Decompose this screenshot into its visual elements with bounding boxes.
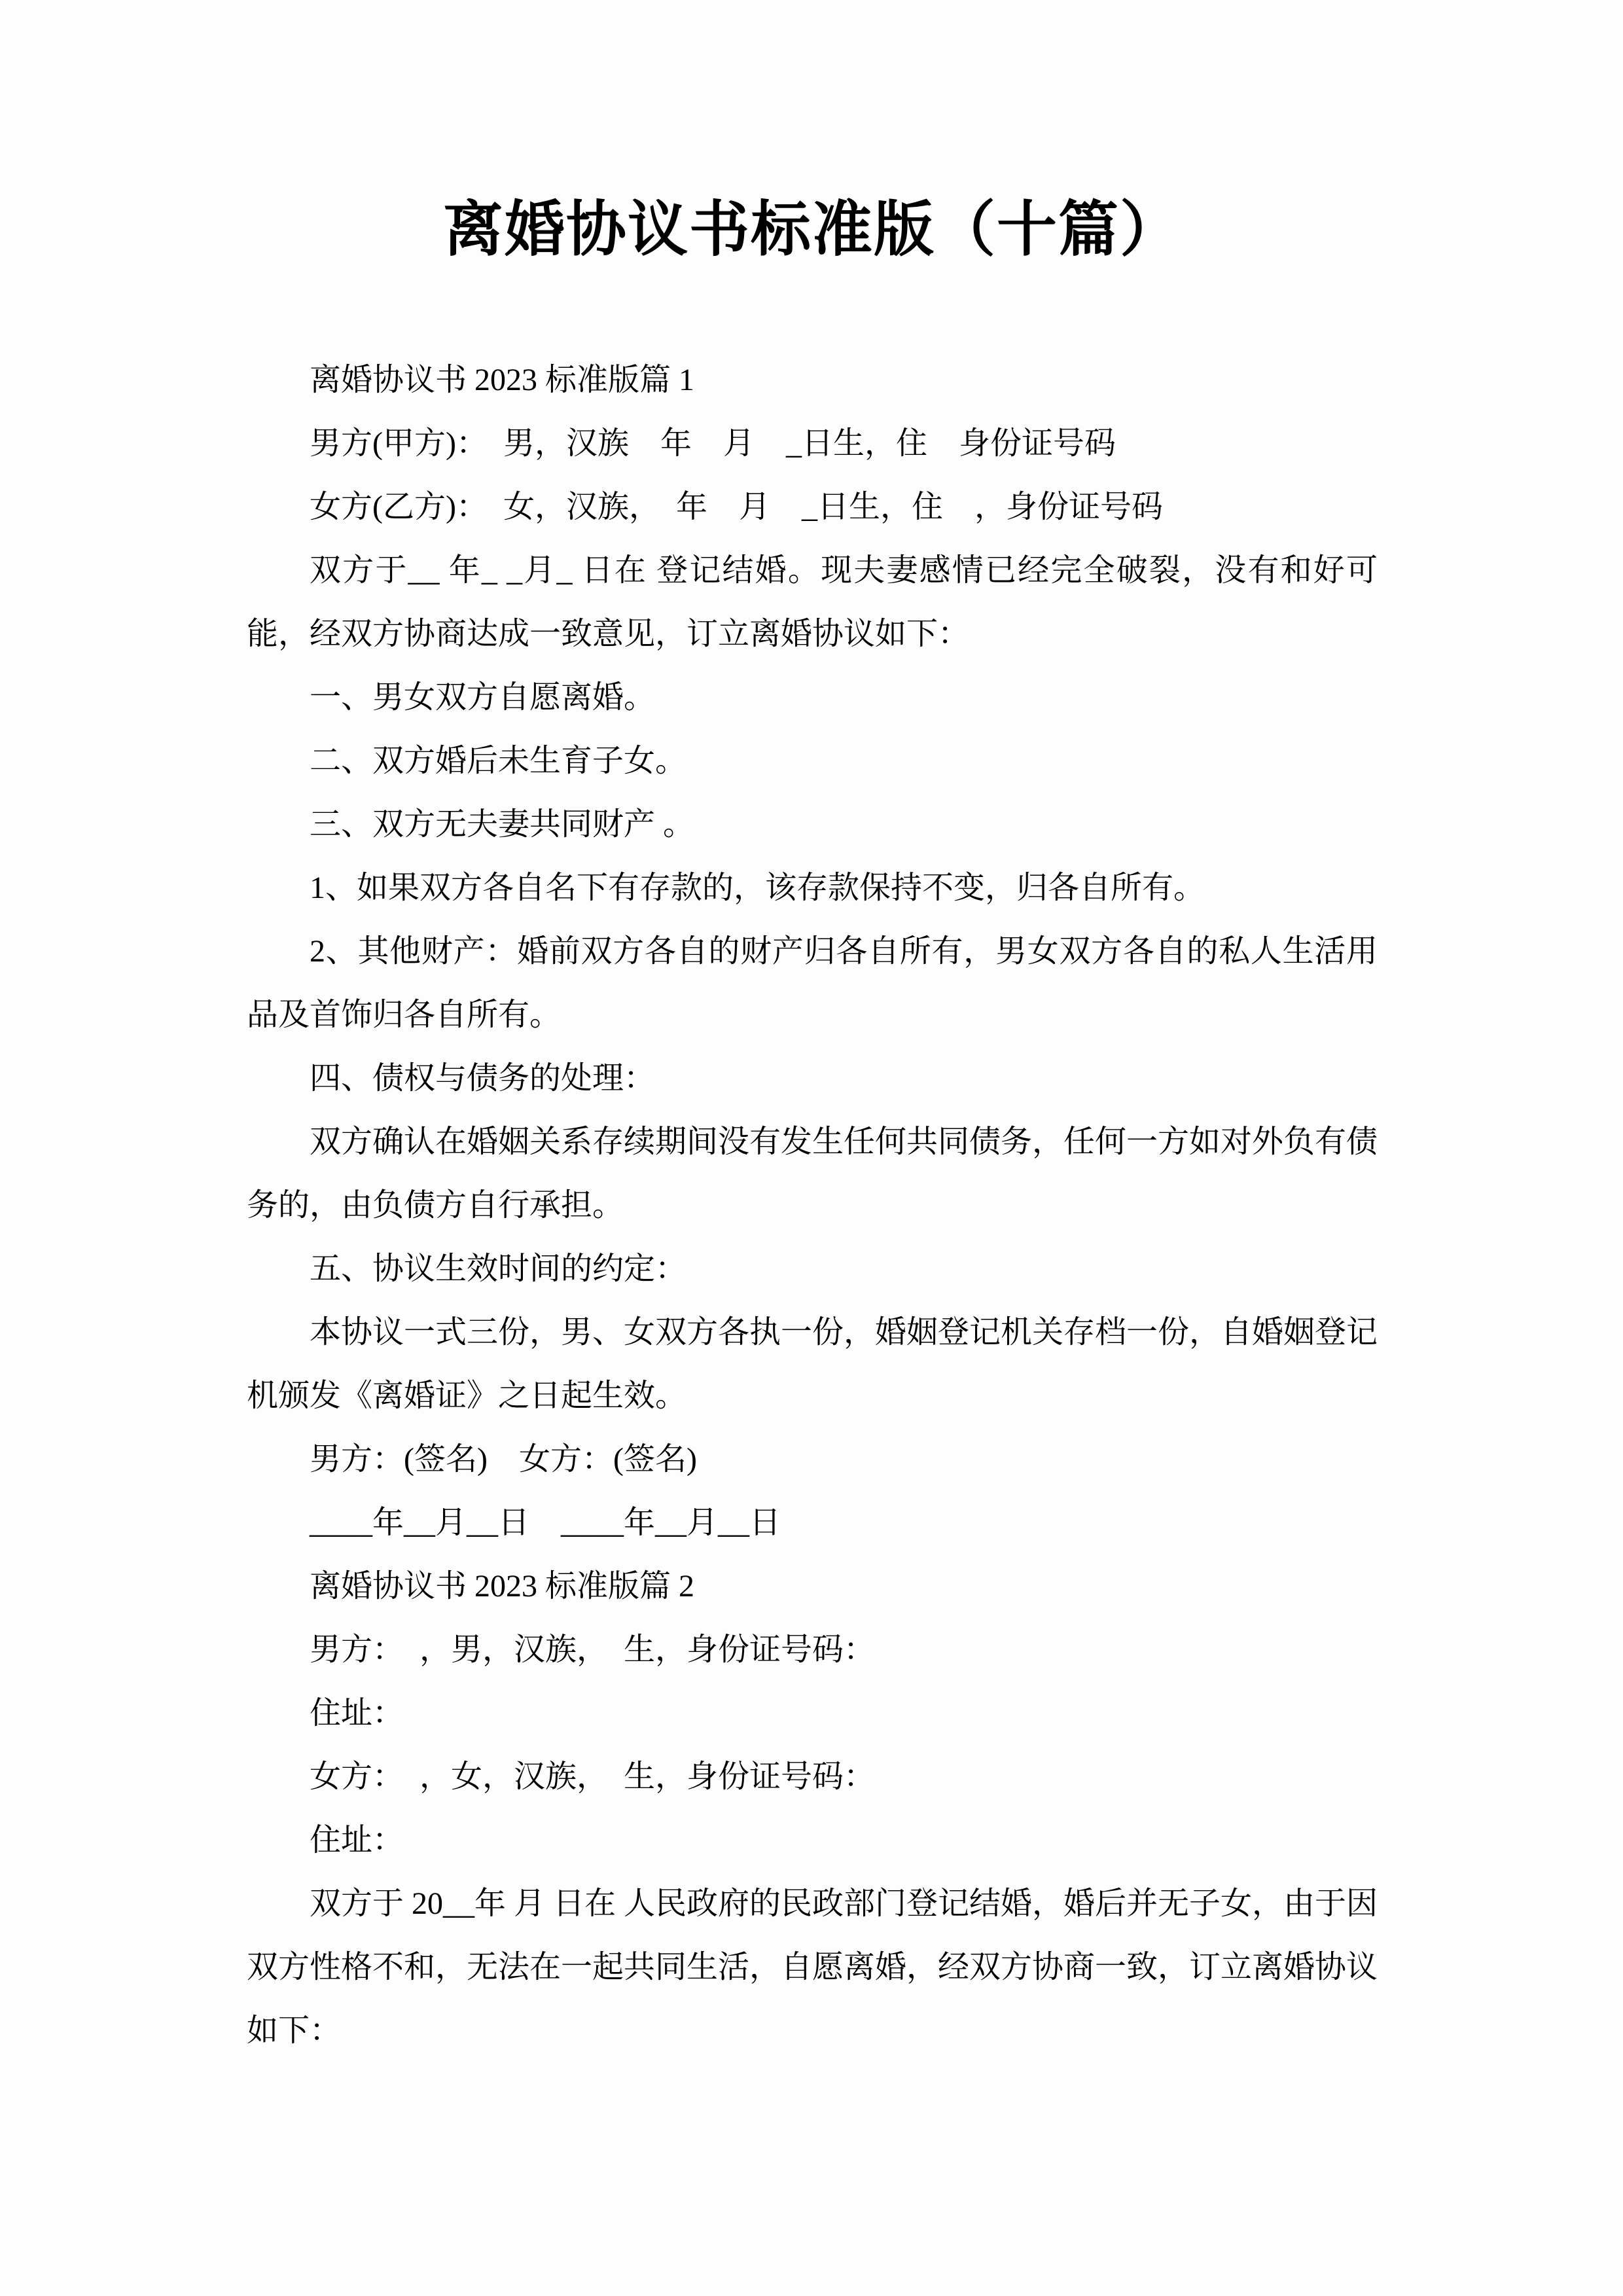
paragraph: 双方于 20__年 月 日在 人民政府的民政部门登记结婚，婚后并无子女，由于因双… (247, 1872, 1378, 2062)
paragraph: 本协议一式三份，男、女双方各执一份，婚姻登记机关存档一份，自婚姻登记机颁发《离婚… (247, 1300, 1378, 1427)
paragraph: 住址： (247, 1808, 1378, 1872)
paragraph: 住址： (247, 1681, 1378, 1745)
paragraph: 三、双方无夫妻共同财产 。 (247, 793, 1378, 856)
paragraph: 男方： ，男，汉族， 生，身份证号码： (247, 1618, 1378, 1681)
document-body: 离婚协议书 2023 标准版篇 1男方(甲方)： 男，汉族 年 月 _日生，住 … (247, 348, 1378, 2062)
paragraph: 双方确认在婚姻关系存续期间没有发生任何共同债务，任何一方如对外负有债务的，由负债… (247, 1110, 1378, 1237)
paragraph: 四、债权与债务的处理： (247, 1047, 1378, 1110)
paragraph: 一、男女双方自愿离婚。 (247, 666, 1378, 729)
paragraph: 男方(甲方)： 男，汉族 年 月 _日生，住 身份证号码 (247, 412, 1378, 475)
document-page: 离婚协议书标准版（十篇） 离婚协议书 2023 标准版篇 1男方(甲方)： 男，… (0, 0, 1623, 2296)
paragraph: 离婚协议书 2023 标准版篇 2 (247, 1554, 1378, 1618)
paragraph: 双方于__ 年_ _月_ 日在 登记结婚。现夫妻感情已经完全破裂，没有和好可能，… (247, 539, 1378, 666)
paragraph: 2、其他财产：婚前双方各自的财产归各自所有，男女双方各自的私人生活用品及首饰归各… (247, 920, 1378, 1047)
paragraph: 离婚协议书 2023 标准版篇 1 (247, 348, 1378, 412)
paragraph: ____年__月__日 ____年__月__日 (247, 1491, 1378, 1554)
paragraph: 女方(乙方)： 女，汉族， 年 月 _日生，住 ，身份证号码 (247, 475, 1378, 539)
paragraph: 二、双方婚后未生育子女。 (247, 729, 1378, 793)
paragraph: 男方：(签名) 女方：(签名) (247, 1427, 1378, 1491)
paragraph: 五、协议生效时间的约定： (247, 1237, 1378, 1300)
paragraph: 1、如果双方各自名下有存款的，该存款保持不变，归各自所有。 (247, 856, 1378, 920)
paragraph: 女方： ，女，汉族， 生，身份证号码： (247, 1745, 1378, 1808)
document-title: 离婚协议书标准版（十篇） (247, 194, 1378, 266)
